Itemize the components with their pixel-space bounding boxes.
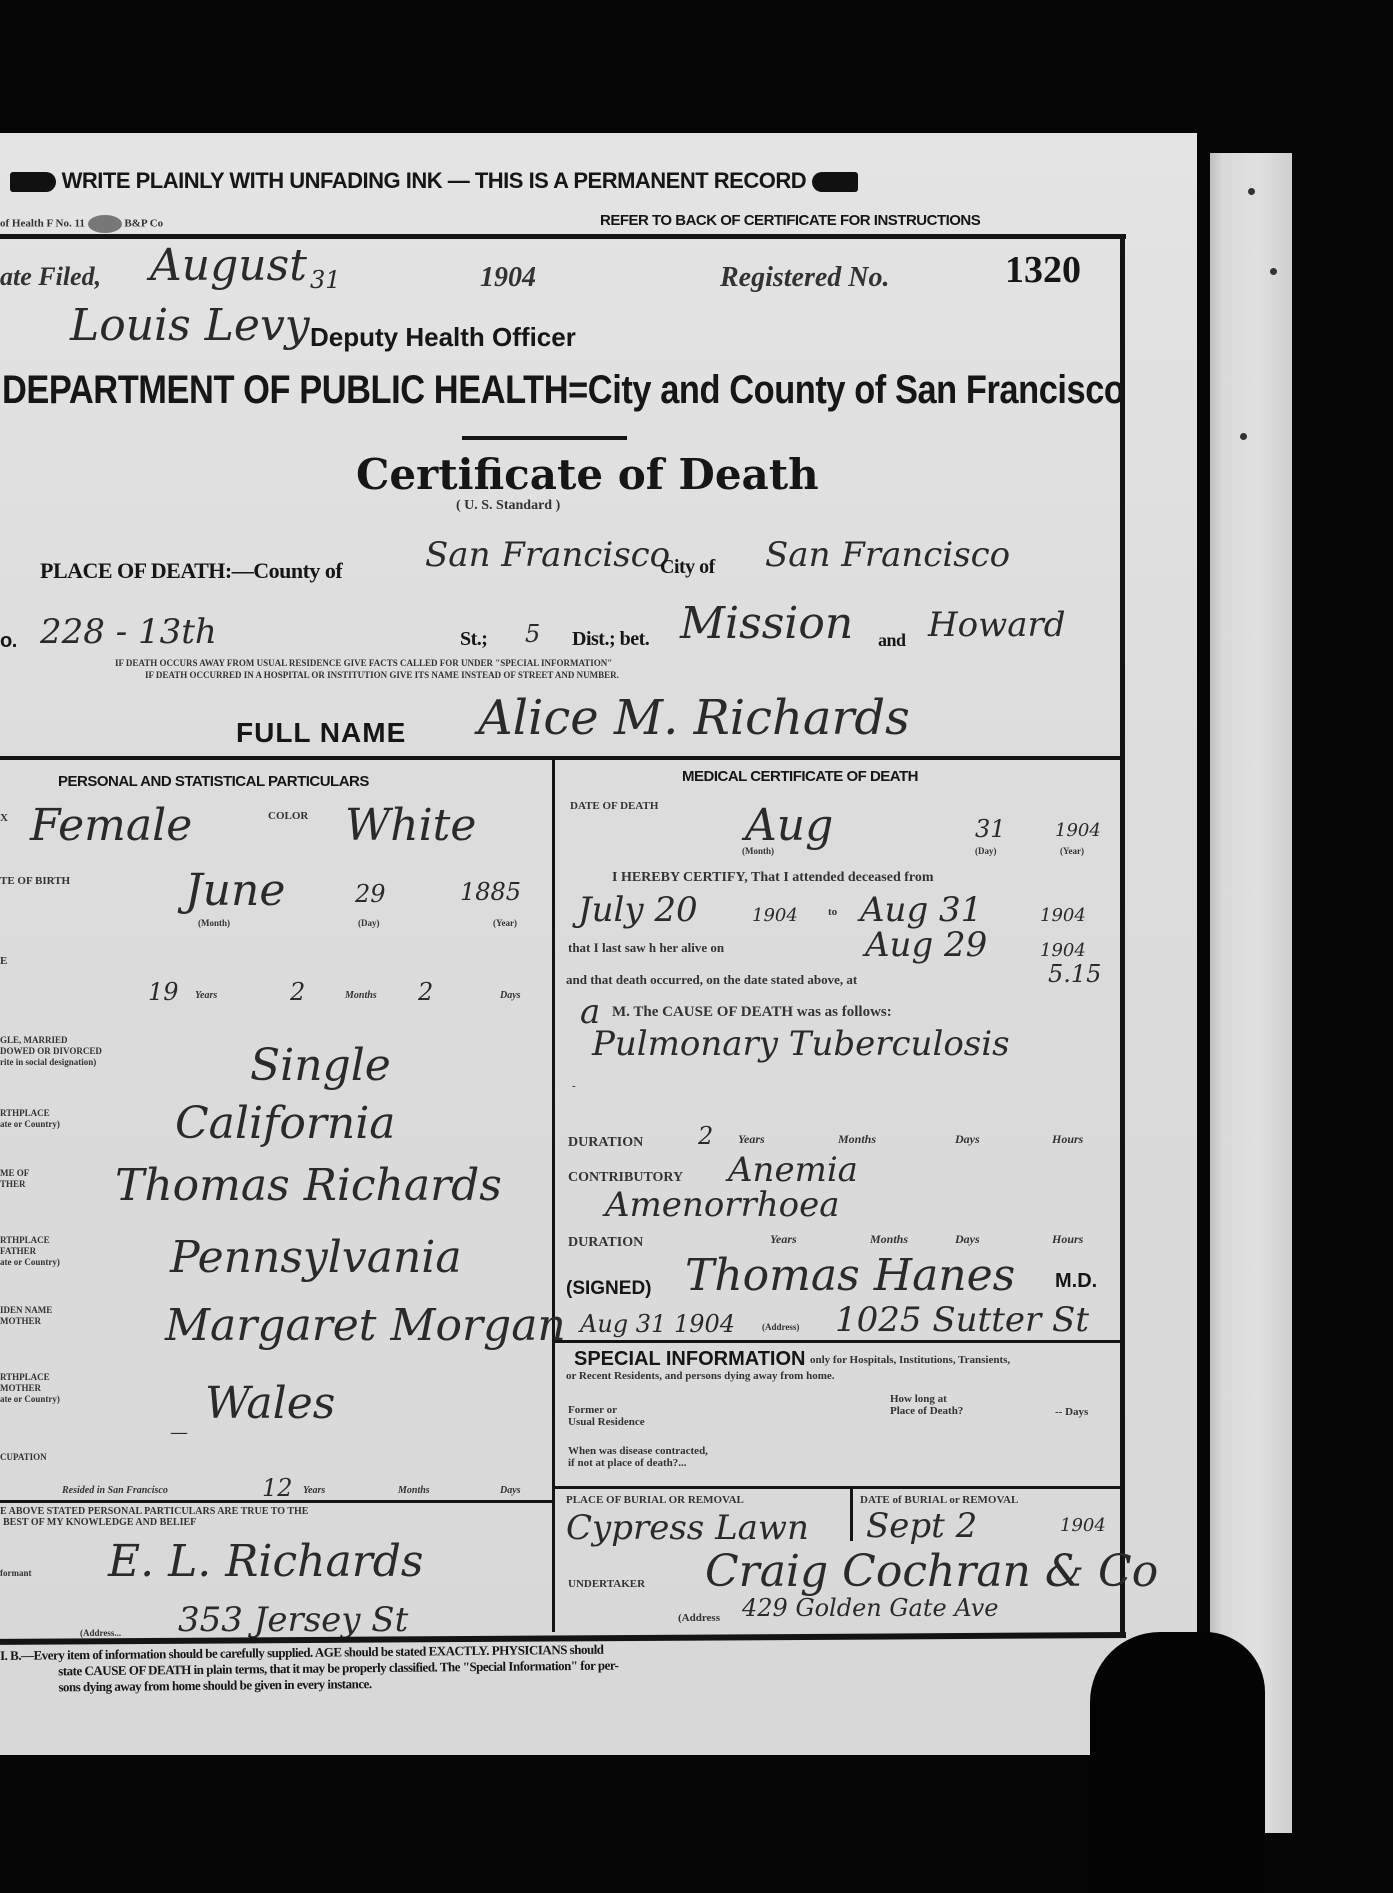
ink-spot (1270, 268, 1277, 275)
to-label: to (828, 906, 837, 918)
date-filed-year: 1904 (480, 262, 536, 294)
department-heading: DEPARTMENT OF PUBLIC HEALTH=City and Cou… (2, 368, 1125, 413)
former-residence-label: Former or Usual Residence (568, 1404, 645, 1428)
contracted-label-line: if not at place of death?... (568, 1457, 708, 1469)
father-bp-label-line: RTHPLACE (0, 1235, 60, 1246)
undertaker-address: 429 Golden Gate Ave (742, 1594, 998, 1622)
instructions-note: REFER TO BACK OF CERTIFICATE FOR INSTRUC… (600, 212, 980, 229)
death-day: 31 (975, 815, 1006, 843)
birth-day: 29 (355, 880, 386, 908)
duration-2-years-label: Years (770, 1232, 797, 1247)
color-label: COLOR (268, 810, 308, 822)
father-name-label: ME OF THER (0, 1168, 29, 1190)
last-saw-date: Aug 29 (865, 925, 987, 965)
banner: WRITE PLAINLY WITH UNFADING INK — THIS I… (10, 168, 858, 194)
undertaker-address-label: (Address (678, 1612, 720, 1624)
special-info-subnote: or Recent Residents, and persons dying a… (566, 1370, 835, 1382)
birth-month-caption: (Month) (198, 918, 230, 928)
md-label: M.D. (1055, 1270, 1097, 1293)
mother-label-line: IDEN NAME (0, 1305, 52, 1316)
burial-date-label: DATE of BURIAL or REMOVAL (860, 1494, 1018, 1506)
medical-heading: MEDICAL CERTIFICATE OF DEATH (682, 768, 918, 785)
death-month: Aug (745, 800, 833, 851)
marital-label-line: rite in social designation) (0, 1057, 102, 1068)
contributory-cause-2: Amenorrhoea (605, 1185, 840, 1225)
resided-days-label: Days (500, 1485, 521, 1496)
place-of-death-label: PLACE OF DEATH:—County of (40, 558, 342, 584)
column-divider (552, 760, 555, 1632)
duration-2-label: DURATION (568, 1235, 643, 1251)
last-saw-label: that I last saw h her alive on (568, 940, 724, 956)
undertaker-name: Craig Cochran & Co (705, 1546, 1158, 1597)
street-no-label: o. (0, 630, 17, 653)
signature-divider (552, 1340, 1122, 1343)
residence-note-2: IF DEATH OCCURRED IN A HOSPITAL OR INSTI… (145, 670, 619, 680)
father-birthplace: Pennsylvania (170, 1232, 462, 1283)
age-years-label: Years (195, 990, 217, 1001)
residence-note-1: IF DEATH OCCURS AWAY FROM USUAL RESIDENC… (115, 658, 612, 668)
printer-mark: of Health F No. 11 B&P Co (0, 215, 163, 233)
certify-text: I HEREBY CERTIFY, That I attended deceas… (612, 870, 934, 886)
form-top-border (0, 234, 1126, 239)
death-year-caption: (Year) (1060, 846, 1084, 856)
title-divider (462, 436, 627, 440)
burial-divider (850, 1489, 853, 1541)
attended-from-year: 1904 (752, 905, 798, 926)
time-of-death: 5.15 (1048, 960, 1101, 988)
date-filed-month: August (150, 240, 307, 291)
birthplace-label-line: ate or Country) (0, 1119, 60, 1130)
how-long-label-line: Place of Death? (890, 1405, 963, 1417)
death-date-label: DATE OF DEATH (570, 800, 658, 812)
age-years: 19 (148, 978, 179, 1006)
mother-bp-label-line: ate or Country) (0, 1394, 60, 1405)
date-filed-label: ate Filed, (0, 262, 101, 292)
and-label: and (878, 630, 906, 651)
between-street-1: Mission (680, 598, 853, 649)
printer-mark-suffix: B&P Co (124, 218, 163, 230)
mother-name: Margaret Morgan (165, 1300, 566, 1351)
duration-label: DURATION (568, 1135, 643, 1151)
father-bp-label-line: ate or Country) (0, 1257, 60, 1268)
duration-2-months-label: Months (870, 1232, 908, 1247)
form-right-border (1120, 234, 1125, 1634)
contracted-label-line: When was disease contracted, (568, 1445, 708, 1457)
attended-from: July 20 (578, 890, 698, 930)
last-saw-year: 1904 (1040, 940, 1086, 961)
burial-date: Sept 2 (866, 1506, 977, 1546)
resided-months-label: Months (398, 1485, 430, 1496)
informant-statement-line: E ABOVE STATED PERSONAL PARTICULARS ARE … (0, 1506, 308, 1517)
special-info-note: only for Hospitals, Institutions, Transi… (810, 1354, 1010, 1366)
father-name: Thomas Richards (115, 1160, 502, 1211)
age-days: 2 (418, 978, 433, 1006)
death-month-caption: (Month) (742, 846, 774, 856)
duration-years: 2 (698, 1122, 713, 1150)
duration-2-hours-label: Hours (1052, 1232, 1083, 1247)
city-value: San Francisco (765, 535, 1010, 575)
contracted-label: When was disease contracted, if not at p… (568, 1445, 708, 1469)
special-divider (552, 1486, 1122, 1489)
footnote: I. B.—Every item of information should b… (0, 1642, 619, 1696)
seal-icon (88, 215, 122, 233)
informant-label: formant (0, 1568, 32, 1578)
st-label: St.; (460, 628, 487, 651)
duration-hours-label: Hours (1052, 1132, 1083, 1147)
physician-address-label: (Address) (762, 1322, 799, 1332)
birth-year: 1885 (460, 878, 521, 906)
informant-address-label: (Address... (80, 1628, 121, 1638)
attended-to-year: 1904 (1040, 905, 1086, 926)
father-label-line: THER (0, 1179, 29, 1190)
attended-to: Aug 31 (860, 890, 982, 930)
undertaker-label: UNDERTAKER (568, 1578, 645, 1590)
age-months: 2 (290, 978, 305, 1006)
age-days-label: Days (500, 990, 521, 1001)
burial-year: 1904 (1060, 1515, 1106, 1536)
banner-text: WRITE PLAINLY WITH UNFADING INK — THIS I… (62, 168, 807, 193)
age-label: E (0, 955, 7, 967)
marital-status: Single (250, 1040, 391, 1091)
registered-number: 1320 (1005, 248, 1081, 292)
resided-divider (0, 1500, 552, 1503)
informant-name: E. L. Richards (108, 1536, 423, 1587)
contributory-label: CONTRIBUTORY (568, 1170, 683, 1186)
former-label-line: Usual Residence (568, 1416, 645, 1428)
registered-label: Registered No. (720, 262, 890, 294)
burial-place-label: PLACE OF BURIAL OR REMOVAL (566, 1494, 744, 1506)
city-label: City of (660, 556, 715, 579)
physician-address: 1025 Sutter St (835, 1300, 1089, 1340)
sex-value: Female (30, 800, 192, 851)
signed-date: Aug 31 1904 (580, 1310, 735, 1338)
shadow-obstruction (1090, 1632, 1265, 1893)
birth-day-caption: (Day) (358, 918, 380, 928)
color-value: White (345, 800, 476, 851)
cause-label: M. The CAUSE OF DEATH was as follows: (612, 1004, 892, 1021)
death-year: 1904 (1055, 820, 1101, 841)
burial-place: Cypress Lawn (566, 1508, 809, 1548)
mother-label-line: MOTHER (0, 1316, 52, 1327)
mother-bp-label-line: RTHPLACE (0, 1372, 60, 1383)
physician-signature: Thomas Hanes (685, 1250, 1015, 1301)
pointing-hand-icon (10, 172, 56, 192)
father-birthplace-label: RTHPLACE FATHER ate or Country) (0, 1235, 60, 1268)
street-address: 228 - 13th (40, 612, 217, 652)
birth-year-caption: (Year) (493, 918, 517, 928)
resided-years-label: Years (303, 1485, 325, 1496)
age-months-label: Months (345, 990, 377, 1001)
mother-birthplace-label: RTHPLACE MOTHER ate or Country) (0, 1372, 60, 1405)
how-long-label-line: How long at (890, 1393, 963, 1405)
officer-title: Deputy Health Officer (310, 322, 576, 353)
adjacent-page-edge (1210, 153, 1292, 1833)
contributory-cause-1: Anemia (728, 1150, 858, 1190)
occupation-label: CUPATION (0, 1452, 47, 1462)
personal-heading: PERSONAL AND STATISTICAL PARTICULARS (58, 773, 369, 790)
birthplace-label: RTHPLACE ate or Country) (0, 1108, 60, 1130)
marital-label-line: GLE, MARRIED (0, 1035, 102, 1046)
duration-2-days-label: Days (955, 1232, 980, 1247)
date-filed-day: 31 (310, 266, 341, 294)
former-label-line: Former or (568, 1404, 645, 1416)
duration-months-label: Months (838, 1132, 876, 1147)
birthplace-label-line: RTHPLACE (0, 1108, 60, 1119)
birthplace-value: California (175, 1098, 396, 1149)
mother-birthplace: Wales (205, 1378, 335, 1429)
printer-mark-text: of Health F No. 11 (0, 218, 85, 230)
mother-name-label: IDEN NAME MOTHER (0, 1305, 52, 1327)
duration-days-label: Days (955, 1132, 980, 1147)
occurred-text: and that death occurred, on the date sta… (566, 972, 857, 988)
informant-statement: E ABOVE STATED PERSONAL PARTICULARS ARE … (0, 1506, 308, 1528)
occupation-value: — (170, 1422, 188, 1443)
cause-line-2: - (572, 1080, 576, 1092)
name-divider (0, 756, 1122, 760)
pointing-hand-icon (812, 172, 858, 192)
how-long-value: -- Days (1055, 1406, 1088, 1418)
death-day-caption: (Day) (975, 846, 997, 856)
marital-label-line: DOWED OR DIVORCED (0, 1046, 102, 1057)
standard-subtitle: ( U. S. Standard ) (456, 498, 560, 514)
informant-address: 353 Jersey St (178, 1600, 408, 1640)
resided-label: Resided in San Francisco (62, 1485, 168, 1496)
resided-years: 12 (262, 1474, 293, 1502)
between-street-2: Howard (928, 605, 1066, 645)
sex-label: X (0, 812, 8, 824)
father-bp-label-line: FATHER (0, 1246, 60, 1257)
full-name-label: FULL NAME (236, 717, 406, 749)
duration-years-label: Years (738, 1132, 765, 1147)
certificate-title: Certificate of Death (356, 450, 819, 499)
dist-label: Dist.; bet. (572, 628, 649, 651)
signed-label: (SIGNED) (566, 1278, 652, 1300)
dist-value: 5 (525, 620, 540, 648)
special-info-heading: SPECIAL INFORMATION (574, 1348, 805, 1371)
ink-spot (1240, 433, 1247, 440)
birth-date-label: TE OF BIRTH (0, 875, 70, 887)
marital-label: GLE, MARRIED DOWED OR DIVORCED rite in s… (0, 1035, 102, 1068)
father-label-line: ME OF (0, 1168, 29, 1179)
full-name-value: Alice M. Richards (478, 690, 910, 746)
ink-spot (1248, 188, 1255, 195)
county-value: San Francisco (425, 535, 670, 575)
officer-signature: Louis Levy (70, 300, 310, 351)
cause-of-death: Pulmonary Tuberculosis (592, 1024, 1010, 1064)
how-long-label: How long at Place of Death? (890, 1393, 963, 1417)
birth-month: June (185, 865, 285, 916)
mother-bp-label-line: MOTHER (0, 1383, 60, 1394)
informant-statement-line: BEST OF MY KNOWLEDGE AND BELIEF (0, 1517, 308, 1528)
